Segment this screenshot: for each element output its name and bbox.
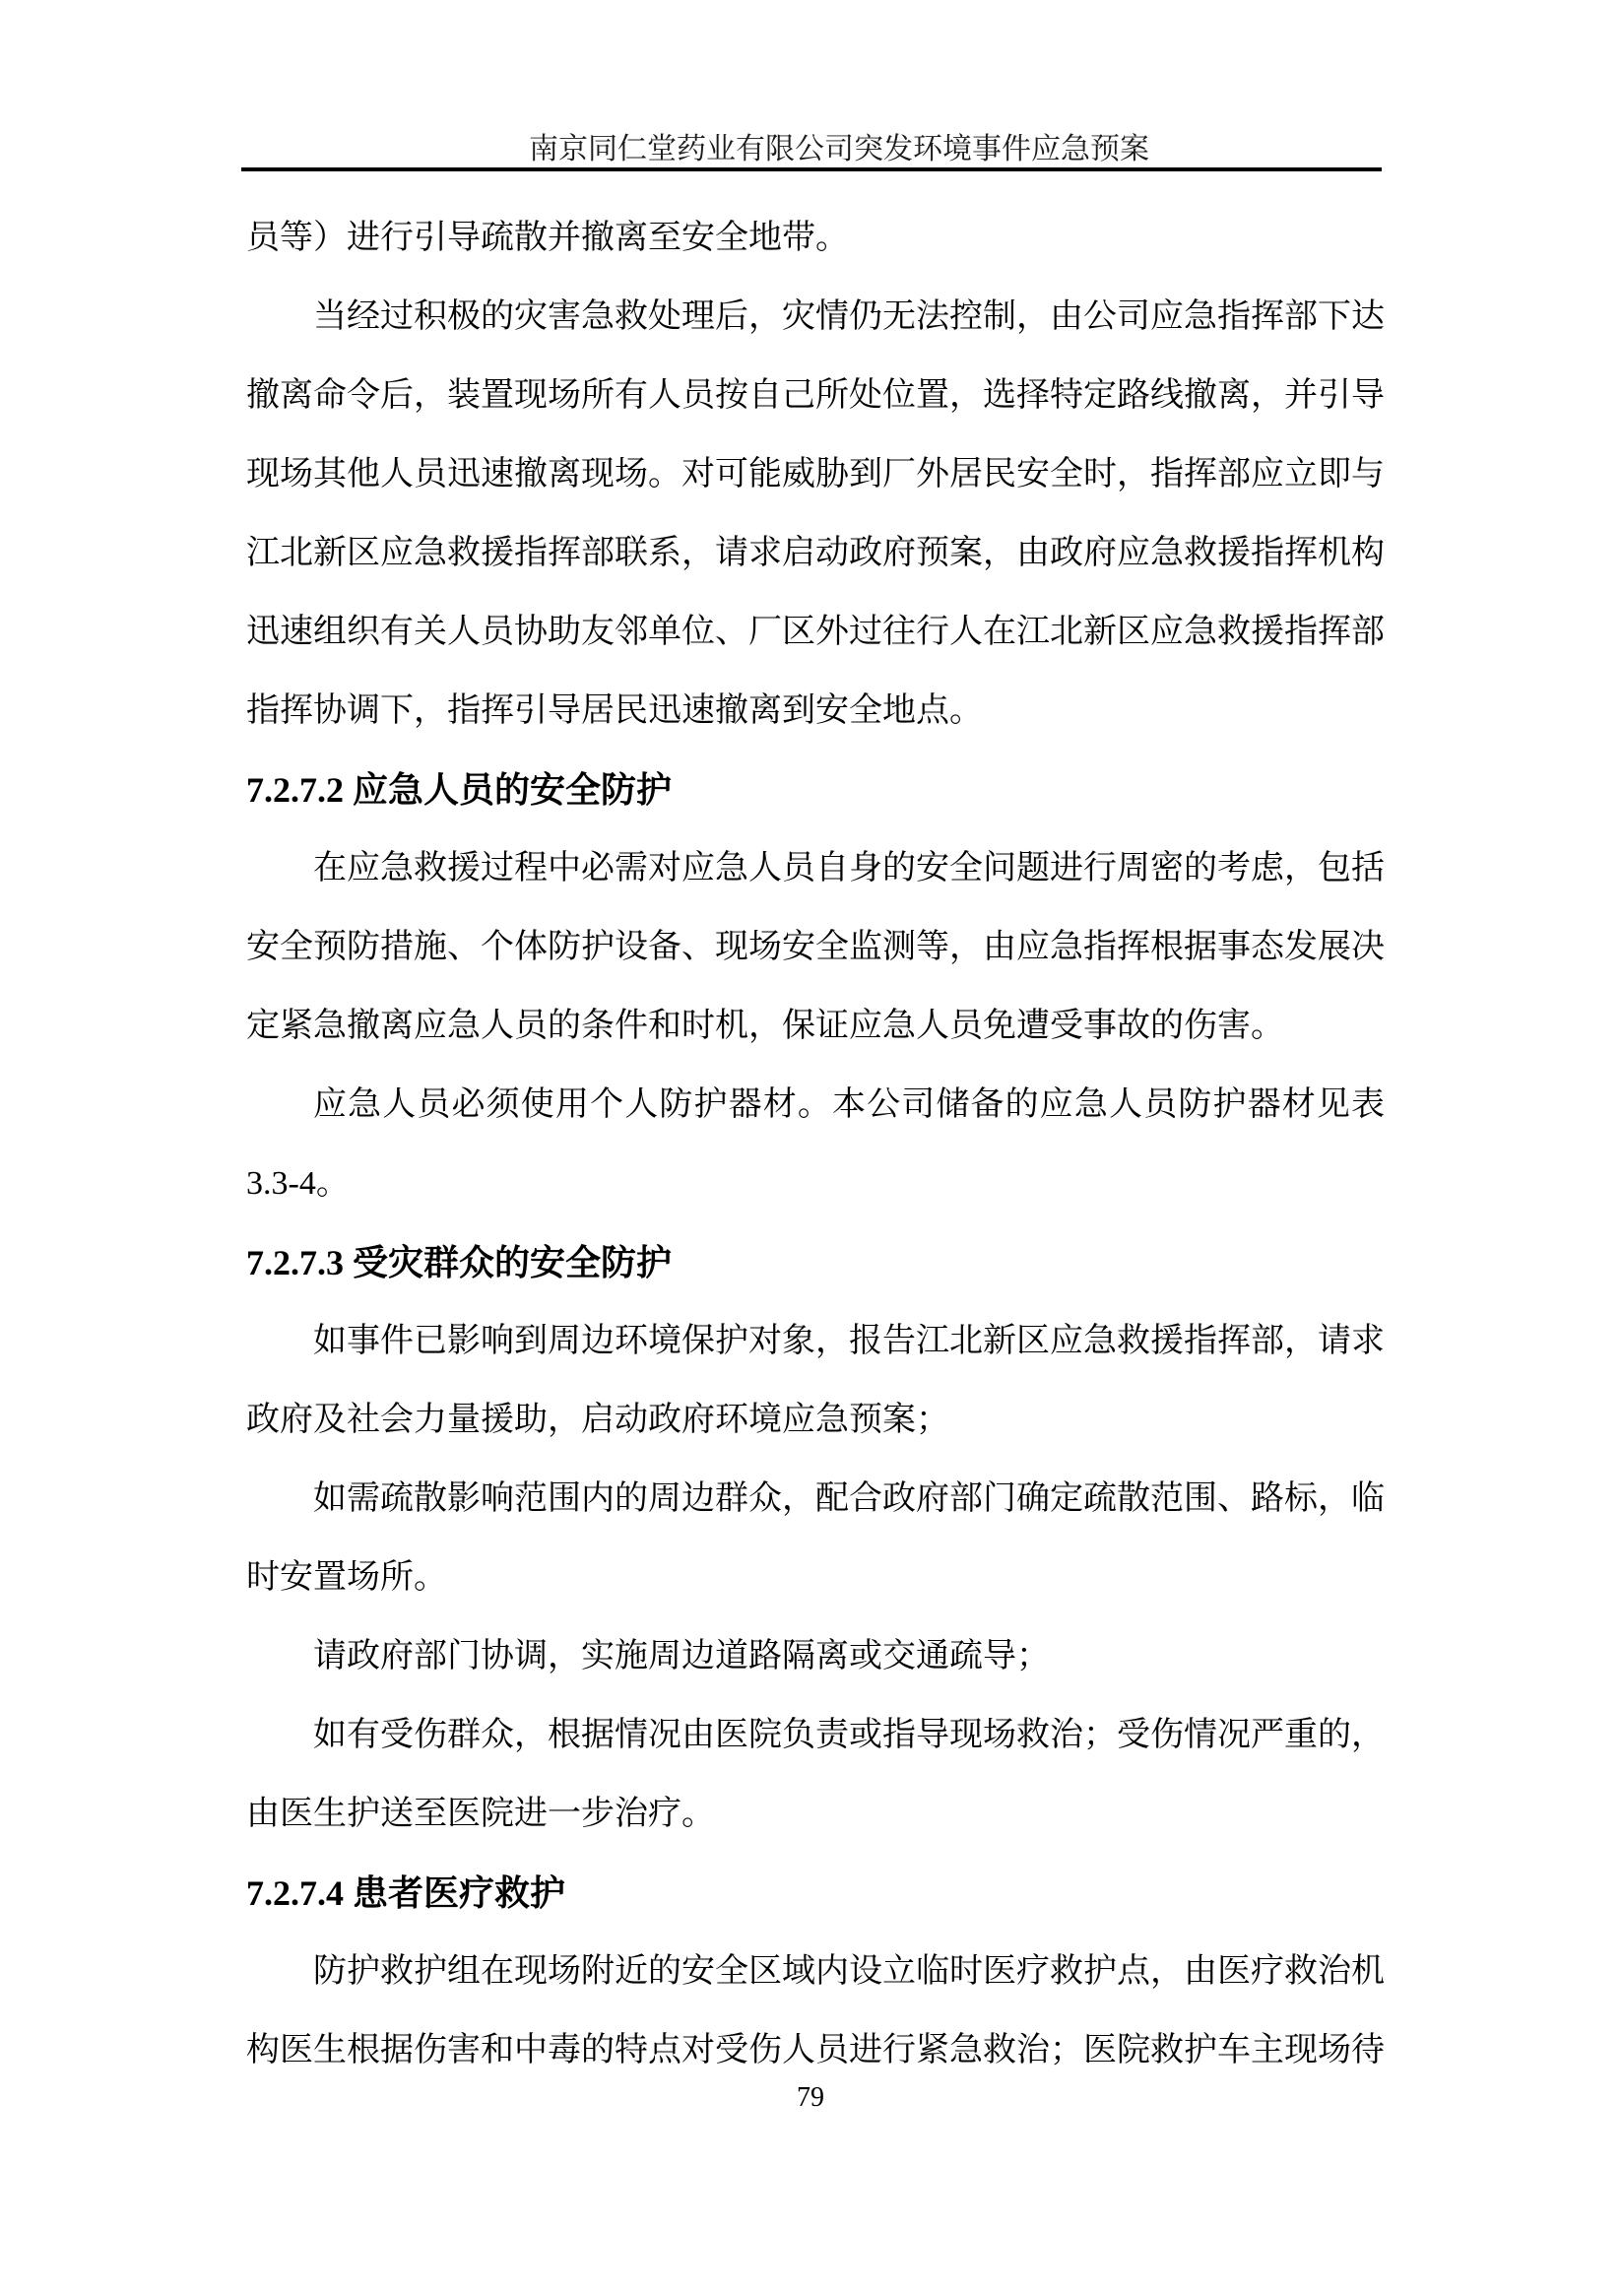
body-paragraph-evacuation: 当经过积极的灾害急救处理后，灾情仍无法控制，由公司应急指挥部下达撤离命令后，装置… [246,278,1385,751]
body-paragraph-medical-rescue: 防护救护组在现场附近的安全区域内设立临时医疗救护点，由医疗救治机构医生根据伤害和… [246,1933,1385,2090]
page-number: 79 [0,2080,1621,2116]
section-heading-7-2-7-4: 7.2.7.4 患者医疗救护 [246,1854,1385,1933]
section-heading-7-2-7-2: 7.2.7.2 应急人员的安全防护 [246,751,1385,829]
header-divider [241,167,1382,171]
document-body: 员等）进行引导疏散并撤离至安全地带。 当经过积极的灾害急救处理后，灾情仍无法控制… [246,199,1385,2090]
body-paragraph-report-command: 如事件已影响到周边环境保护对象，报告江北新区应急救援指挥部，请求政府及社会力量援… [246,1302,1385,1460]
body-paragraph-protective-equipment: 应急人员必须使用个人防护器材。本公司储备的应急人员防护器材见表3.3-4。 [246,1066,1385,1223]
body-paragraph-continued: 员等）进行引导疏散并撤离至安全地带。 [246,199,1385,278]
header-title: 南京同仁堂药业有限公司突发环境事件应急预案 [529,131,1149,168]
body-paragraph-responder-safety: 在应急救援过程中必需对应急人员自身的安全问题进行周密的考虑，包括安全预防措施、个… [246,829,1385,1066]
body-paragraph-public-evacuation: 如需疏散影响范围内的周边群众，配合政府部门确定疏散范围、路标，临时安置场所。 [246,1460,1385,1617]
body-paragraph-road-isolation: 请政府部门协调，实施周边道路隔离或交通疏导； [246,1617,1385,1696]
document-page: 南京同仁堂药业有限公司突发环境事件应急预案 员等）进行引导疏散并撤离至安全地带。… [0,0,1621,2296]
section-heading-7-2-7-3: 7.2.7.3 受灾群众的安全防护 [246,1223,1385,1302]
body-paragraph-injured-treatment: 如有受伤群众，根据情况由医院负责或指导现场救治；受伤情况严重的，由医生护送至医院… [246,1696,1385,1854]
